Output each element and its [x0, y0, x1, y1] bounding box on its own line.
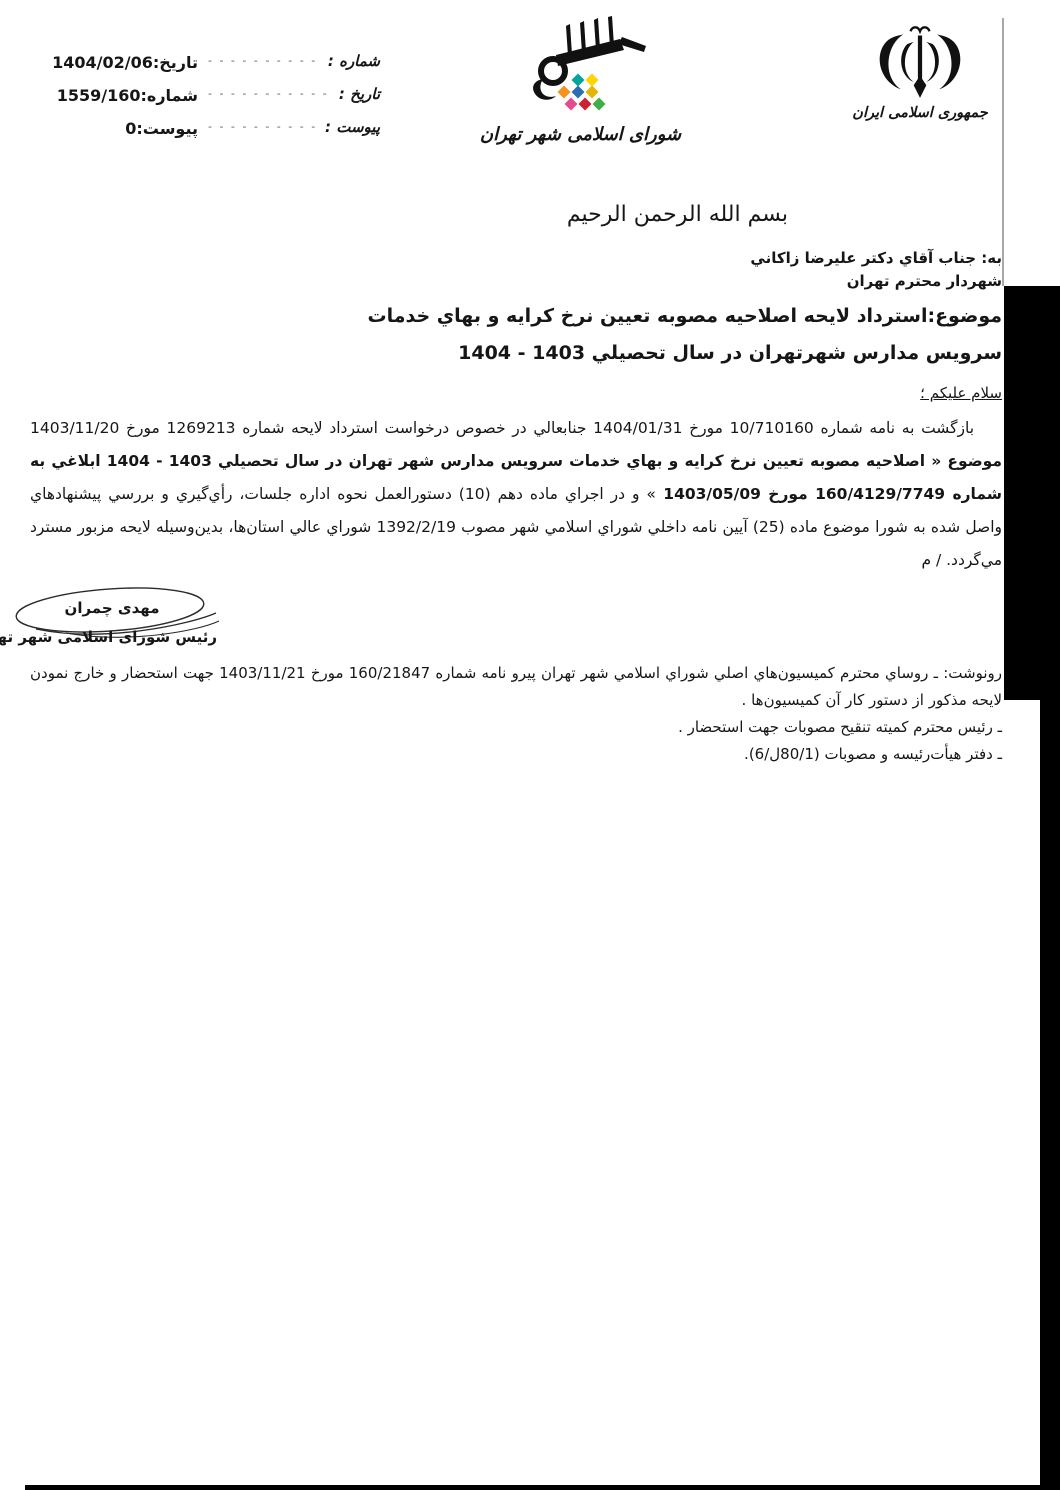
meta-number-label: شماره:: [140, 86, 198, 105]
meta-number-value: 1559/160: [57, 86, 141, 105]
meta-number: شماره:1559/160: [40, 79, 198, 112]
addressee-block: به: جناب آقاي دكتر عليرضا زاكاني شهردار …: [750, 247, 1002, 293]
logo-diamond: [585, 86, 598, 99]
letter-page: تاريخ:1404/02/06 شماره:1559/160 پيوست:0 …: [0, 0, 1060, 1490]
scan-edge-gray-line: [1002, 18, 1004, 286]
addressee-line2: شهردار محترم تهران: [750, 270, 1002, 293]
subject-line1: موضوع:استرداد لايحه اصلاحيه مصوبه تعيين …: [367, 298, 1002, 335]
form-number-dots: - - - - - - - - - - - - -: [208, 54, 322, 67]
logo-caption: شورای اسلامی شهر تهران: [468, 124, 693, 145]
logo-diamond: [557, 86, 570, 99]
salutation: سلام عليكم ؛: [920, 384, 1002, 402]
form-row-date: تاريخ : - - - - - - - - - - - - -: [208, 77, 380, 110]
emblem-caption: جمهوری اسلامی ایران: [830, 105, 1010, 121]
form-row-attachment: پيوست : - - - - - - - - - - - - -: [208, 110, 380, 143]
cc-item: ـ رئيس محترم كميته تنقيح مصوبات جهت استح…: [30, 714, 1002, 741]
logo-diamond: [571, 86, 584, 99]
meta-date-value: 1404/02/06: [52, 53, 153, 72]
body-paragraph: بازگشت به نامه شماره 10/710160 مورخ 1404…: [30, 412, 1002, 577]
meta-attachment-value: 0: [125, 119, 136, 138]
cc-item: ـ دفتر هيأت‌رئيسه و مصوبات (80/1ل/6).: [30, 741, 1002, 768]
header-meta-block: تاريخ:1404/02/06 شماره:1559/160 پيوست:0: [40, 46, 198, 145]
besmellah: بسم الله الرحمن الرحيم: [567, 202, 788, 227]
subject-line2: سرويس مدارس شهرتهران در سال تحصيلي 1403 …: [367, 335, 1002, 372]
scan-bottom-black-line: [25, 1485, 1060, 1490]
form-date-label: تاريخ :: [339, 85, 380, 103]
header-blank-form: شماره : - - - - - - - - - - - - - تاريخ …: [208, 44, 380, 143]
cc-block: رونوشت: ـ روساي محترم كميسيون‌هاي اصلي ش…: [30, 660, 1002, 768]
iran-emblem-icon: [864, 26, 976, 100]
logo-diamond: [578, 98, 591, 111]
scan-edge-black-band-wide: [1004, 286, 1060, 700]
form-attachment-label: پيوست :: [325, 118, 380, 136]
scan-edge-black-band-narrow: [1040, 700, 1060, 1490]
iran-emblem: جمهوری اسلامی ایران: [830, 26, 1010, 121]
meta-attachment-label: پيوست:: [136, 119, 198, 138]
form-attachment-dots: - - - - - - - - - - - - -: [208, 120, 319, 133]
form-date-dots: - - - - - - - - - - - - -: [208, 87, 333, 100]
meta-date: تاريخ:1404/02/06: [40, 46, 198, 79]
form-row-number: شماره : - - - - - - - - - - - - -: [208, 44, 380, 77]
tehran-council-logo: شورای اسلامی شهر تهران: [468, 16, 693, 145]
logo-diamond: [592, 98, 605, 111]
addressee-line1: به: جناب آقاي دكتر عليرضا زاكاني: [750, 247, 1002, 270]
logo-diamond: [564, 98, 577, 111]
signer-name: مهدی چمران: [42, 599, 182, 617]
logo-diamond: [571, 74, 584, 87]
subject-block: موضوع:استرداد لايحه اصلاحيه مصوبه تعيين …: [367, 298, 1002, 372]
form-number-label: شماره :: [328, 52, 380, 70]
logo-diamond: [585, 74, 598, 87]
meta-attachment: پيوست:0: [40, 112, 198, 145]
cc-item: رونوشت: ـ روساي محترم كميسيون‌هاي اصلي ش…: [30, 660, 1002, 714]
meta-date-label: تاريخ:: [153, 53, 198, 72]
tehran-council-logo-icon: [506, 16, 656, 118]
signer-title: رئيس شورای اسلامی شهر تهران: [2, 628, 217, 646]
